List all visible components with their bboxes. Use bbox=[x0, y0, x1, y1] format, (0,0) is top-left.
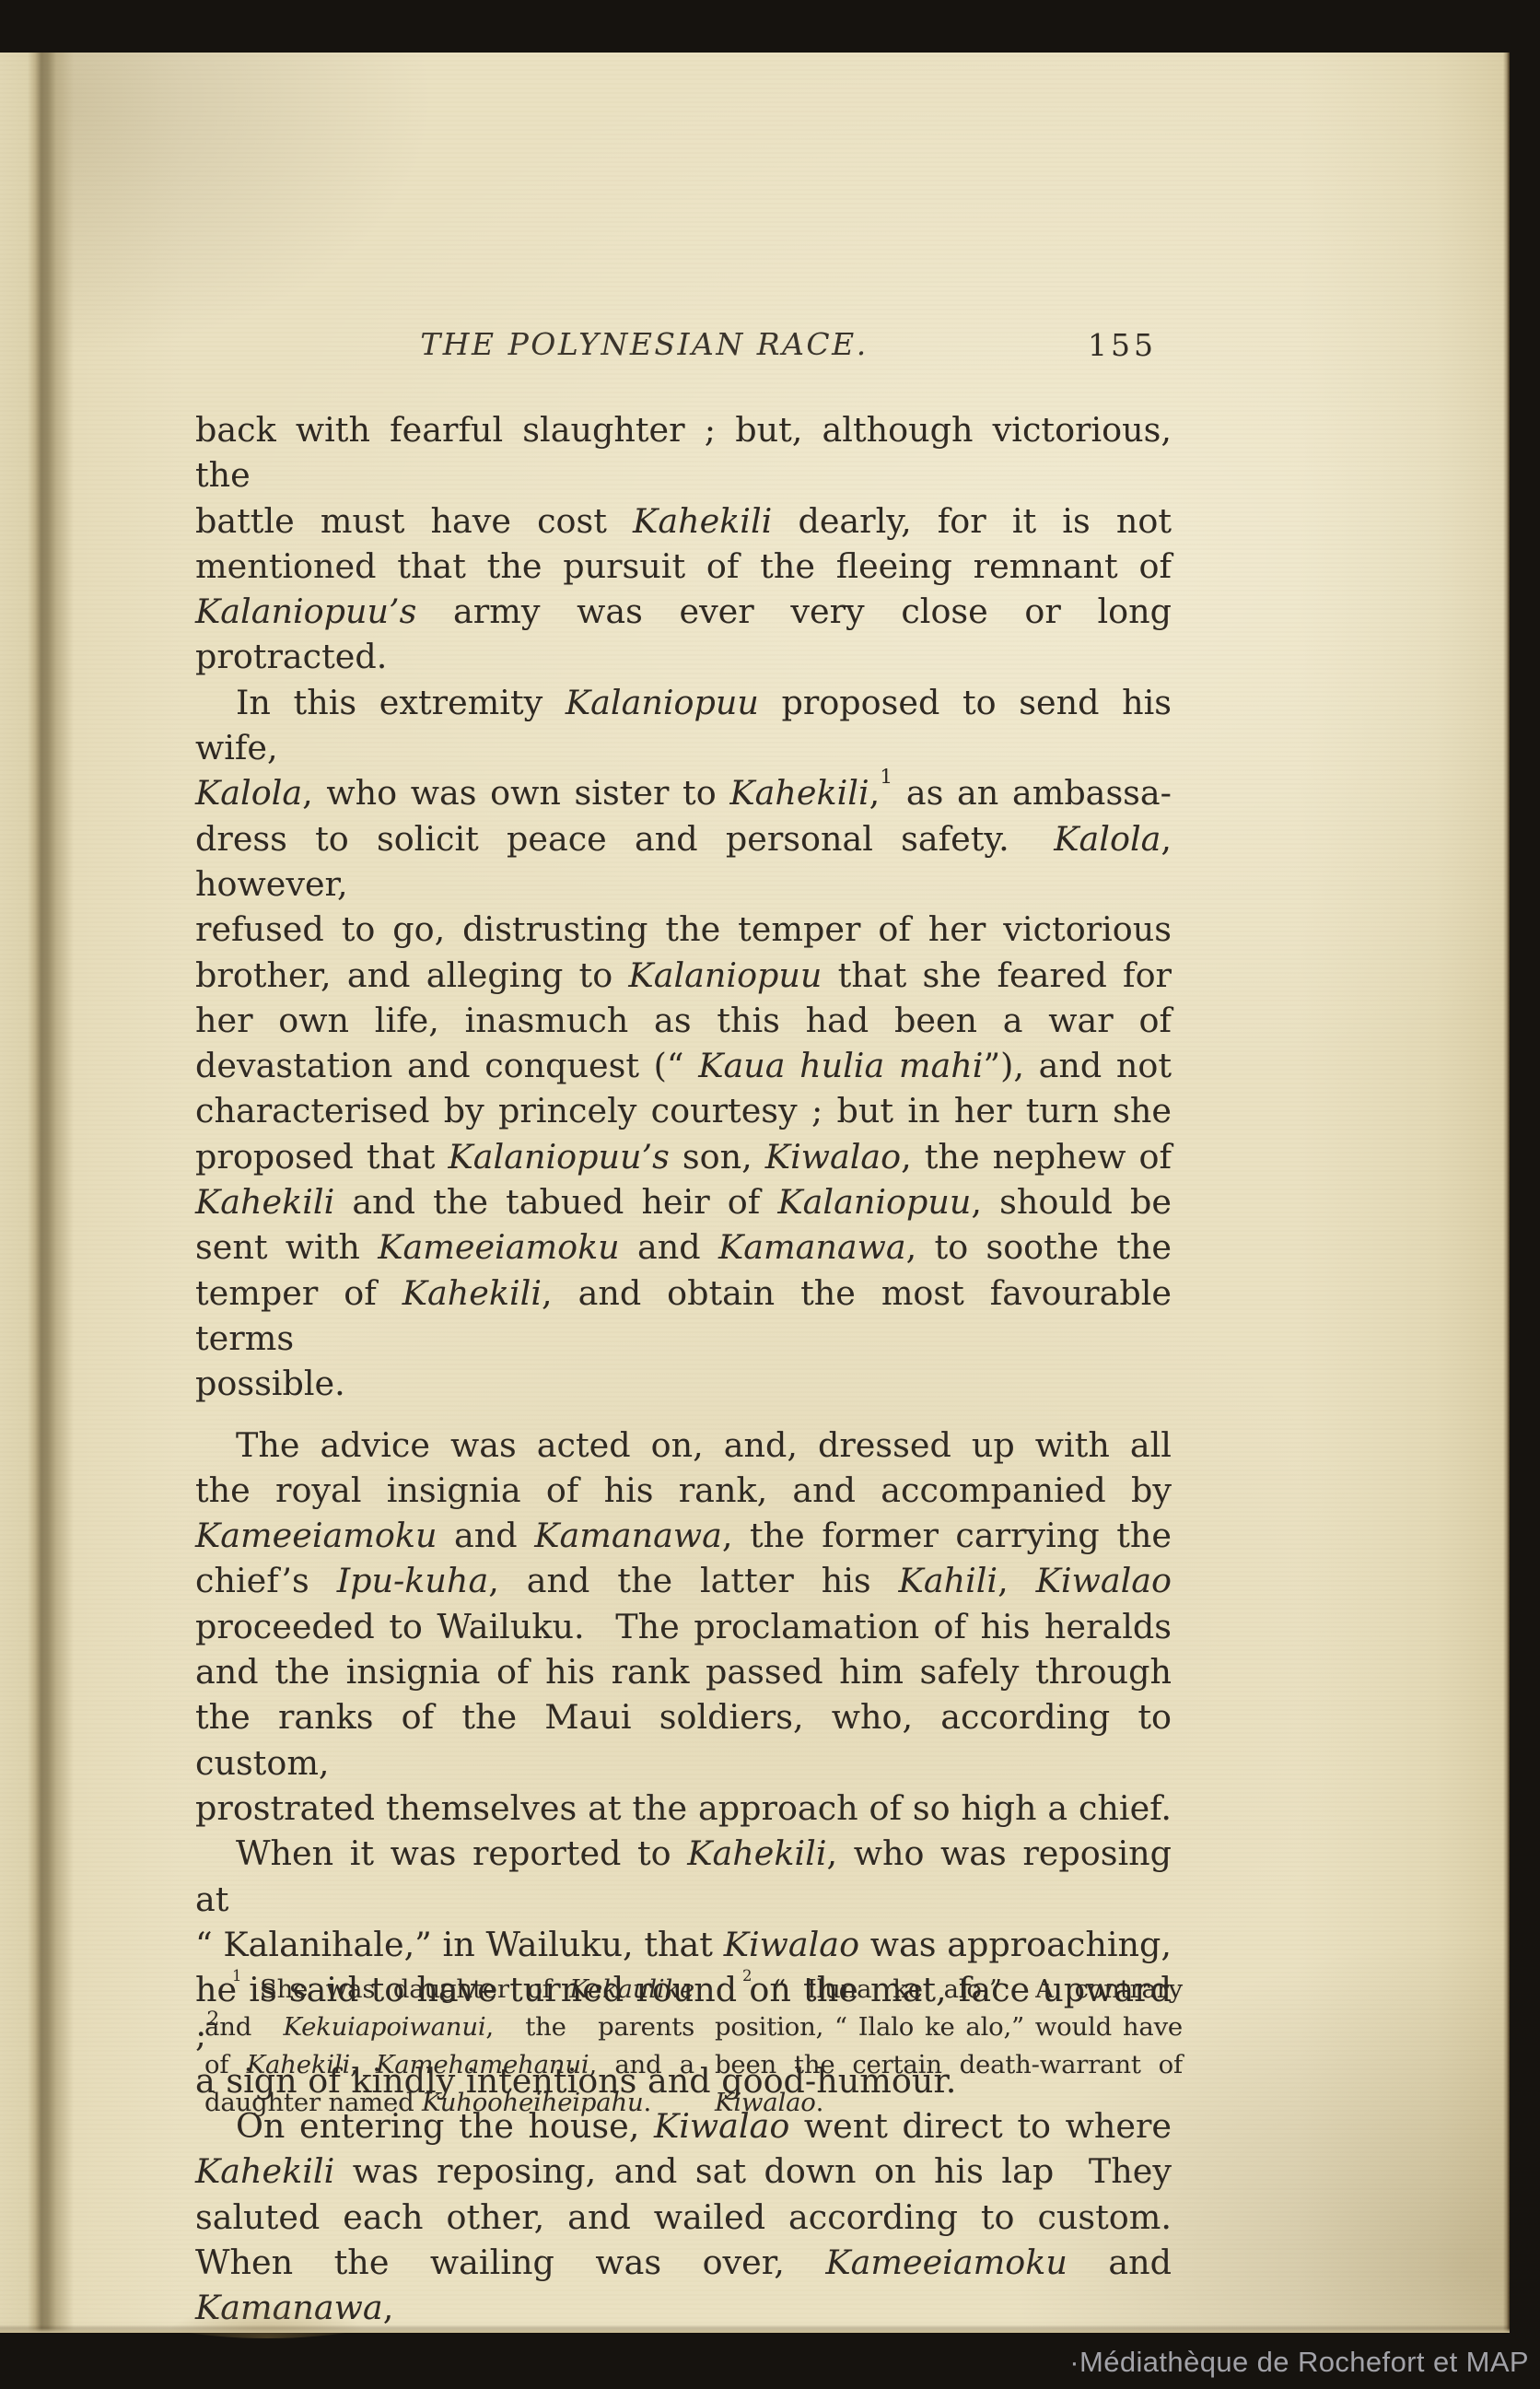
text-line: battle must have cost Kahekili dearly, f… bbox=[195, 498, 1172, 544]
italic-term: Kiwalao bbox=[715, 2088, 816, 2117]
footnote-marker: 1 bbox=[880, 766, 892, 789]
text-run: was reposing, and sat down on his lap Th… bbox=[334, 2151, 1172, 2191]
italic-term: Kekaulike bbox=[569, 1974, 694, 2004]
text-line: mentioned that the pursuit of the fleein… bbox=[195, 544, 1172, 589]
italic-term: Ipu-kuha bbox=[337, 1561, 489, 1600]
footnote-marker: 1 bbox=[232, 1967, 241, 1985]
footnotes: 1 She was daughter of Kekaulikeand Kekui… bbox=[204, 1971, 1183, 2122]
italic-term: Kahekili bbox=[195, 1182, 334, 1222]
text-run: saluted each other, and wailed according… bbox=[195, 2197, 1172, 2237]
paragraph: back with fearful slaughter ; but, altho… bbox=[195, 407, 1172, 680]
text-line: characterised by princely courtesy ; but… bbox=[195, 1088, 1172, 1133]
text-line: proceeded to Wailuku. The proclamation o… bbox=[195, 1604, 1172, 1649]
text-line: and Kekuiapoiwanui, the parents bbox=[204, 2008, 694, 2046]
italic-term: Kalaniopuu bbox=[777, 1182, 971, 1222]
text-run: characterised by princely courtesy ; but… bbox=[195, 1091, 1172, 1130]
text-run: brother, and alleging to bbox=[195, 955, 628, 995]
text-line: 2 “ Iluna ke alo.” A contrary bbox=[715, 1971, 1183, 2008]
text-run: dearly, for it is not bbox=[772, 501, 1172, 541]
text-run: “ Iluna ke alo.” A contrary bbox=[752, 1974, 1183, 2004]
text-run: devastation and conquest (“ bbox=[195, 1046, 698, 1085]
text-line: In this extremity Kalaniopuu proposed to… bbox=[195, 680, 1172, 771]
text-run: son, bbox=[670, 1137, 765, 1177]
text-run: been the certain death-warrant of bbox=[715, 2050, 1183, 2079]
text-line: “ Kalanihale,” in Wailuku, that Kiwalao … bbox=[195, 1922, 1172, 1967]
text-run: , the former carrying the bbox=[722, 1516, 1172, 1555]
text-run: chief’s bbox=[195, 1561, 337, 1600]
page-gutter-shadow bbox=[0, 53, 76, 2333]
text-line: prostrated themselves at the approach of… bbox=[195, 1786, 1172, 1831]
text-run: “ Kalanihale,” in Wailuku, that bbox=[195, 1925, 724, 1964]
watermark: ·Médiathèque de Rochefort et MAP bbox=[1069, 2346, 1529, 2379]
text-line: devastation and conquest (“ Kaua hulia m… bbox=[195, 1043, 1172, 1088]
text-run: proceeded to Wailuku. The proclamation o… bbox=[195, 1607, 1172, 1646]
italic-term: Kahekili bbox=[687, 1833, 826, 1873]
text-run: , bbox=[869, 773, 881, 813]
text-run: , to soothe the bbox=[906, 1227, 1172, 1267]
italic-term: Kahekili bbox=[247, 2050, 350, 2079]
text-line: temper of Kahekili, and obtain the most … bbox=[195, 1271, 1172, 1362]
text-run: She was daughter of bbox=[241, 1974, 569, 2004]
text-line: the royal insignia of his rank, and acco… bbox=[195, 1468, 1172, 1513]
text-line: Kiwalao. bbox=[715, 2084, 1183, 2122]
text-run: of bbox=[204, 2050, 247, 2079]
text-run: The advice was acted on, and, dressed up… bbox=[236, 1425, 1172, 1465]
text-line: Kahekili was reposing, and sat down on h… bbox=[195, 2149, 1172, 2194]
text-line: possible. bbox=[195, 1361, 1172, 1406]
italic-term: Kamanawa bbox=[534, 1516, 722, 1555]
italic-term: Kameeiamoku bbox=[825, 2243, 1067, 2282]
text-run: the royal insignia of his rank, and acco… bbox=[195, 1470, 1172, 1510]
italic-term: Kalaniopuu’s bbox=[195, 591, 416, 631]
text-line: Kalola, who was own sister to Kahekili,1… bbox=[195, 770, 1172, 815]
italic-term: Kiwalao bbox=[724, 1925, 859, 1964]
italic-term: Kameeiamoku bbox=[378, 1227, 620, 1267]
text-line: saluted each other, and wailed according… bbox=[195, 2195, 1172, 2240]
text-run: , the parents bbox=[485, 2012, 694, 2042]
italic-term: Kahekili bbox=[633, 501, 772, 541]
italic-term: Kuhooheiheipahu bbox=[422, 2088, 643, 2117]
text-run: and the insignia of his rank passed him … bbox=[195, 1652, 1172, 1692]
text-run: and the tabued heir of bbox=[334, 1182, 777, 1222]
text-run: and bbox=[437, 1516, 535, 1555]
text-run: was approaching, bbox=[859, 1925, 1172, 1964]
text-line: When it was reported to Kahekili, who wa… bbox=[195, 1831, 1172, 1922]
text-line: and the insignia of his rank passed him … bbox=[195, 1649, 1172, 1694]
text-run: position, “ Ilalo ke alo,” would have bbox=[715, 2012, 1183, 2042]
text-run: the ranks of the Maui soldiers, who, acc… bbox=[195, 1697, 1172, 1782]
text-line: been the certain death-warrant of bbox=[715, 2046, 1183, 2084]
page: THE POLYNESIAN RACE. 155 back with fearf… bbox=[0, 53, 1510, 2333]
italic-term: Kahekili bbox=[402, 1273, 542, 1313]
text-run: mentioned that the pursuit of the fleein… bbox=[195, 546, 1172, 586]
text-run: , and a bbox=[589, 2050, 694, 2079]
running-title: THE POLYNESIAN RACE. bbox=[195, 326, 1093, 362]
text-run: refused to go, distrusting the temper of… bbox=[195, 909, 1172, 949]
text-line: Kameeiamoku and Kamanawa, the former car… bbox=[195, 1513, 1172, 1558]
text-run: . bbox=[644, 2088, 652, 2117]
text-line: her own life, inasmuch as this had been … bbox=[195, 998, 1172, 1043]
text-run: , bbox=[997, 1561, 1036, 1600]
text-run: back with fearful slaughter ; but, altho… bbox=[195, 410, 1172, 495]
text-run: , the nephew of bbox=[901, 1137, 1172, 1177]
italic-term: Kalaniopuu’s bbox=[449, 1137, 670, 1177]
text-run: that she feared for bbox=[822, 955, 1172, 995]
text-run: . bbox=[816, 2088, 824, 2117]
text-line: chief’s Ipu-kuha, and the latter his Kah… bbox=[195, 1558, 1172, 1603]
text-line: position, “ Ilalo ke alo,” would have bbox=[715, 2008, 1183, 2046]
text-line: daughter named Kuhooheiheipahu. bbox=[204, 2084, 694, 2122]
text-run: proposed that bbox=[195, 1137, 449, 1177]
text-run: , bbox=[350, 2050, 376, 2079]
text-run: , and the latter his bbox=[488, 1561, 898, 1600]
text-run: possible. bbox=[195, 1364, 345, 1403]
text-run: When it was reported to bbox=[236, 1833, 687, 1873]
text-run: ”), and not bbox=[983, 1046, 1172, 1085]
italic-term: Kameeiamoku bbox=[195, 1516, 437, 1555]
italic-term: Kalaniopuu bbox=[566, 683, 759, 722]
text-run: and bbox=[204, 2012, 283, 2042]
italic-term: Kahekili bbox=[729, 773, 869, 813]
text-run: In this extremity bbox=[236, 683, 566, 722]
text-line: brother, and alleging to Kalaniopuu that… bbox=[195, 953, 1172, 998]
text-line: the ranks of the Maui soldiers, who, acc… bbox=[195, 1694, 1172, 1786]
text-line: of Kahekili, Kamehamehanui, and a bbox=[204, 2046, 694, 2084]
italic-term: Kahekili bbox=[195, 2151, 334, 2191]
text-line: refused to go, distrusting the temper of… bbox=[195, 907, 1172, 952]
text-run: as an ambassa- bbox=[892, 773, 1172, 813]
text-run: and bbox=[620, 1227, 718, 1267]
page-stain bbox=[138, 2285, 396, 2338]
footnote-2: 2 “ Iluna ke alo.” A contraryposition, “… bbox=[715, 1971, 1183, 2122]
italic-term: Kiwalao bbox=[1036, 1561, 1172, 1600]
paragraph: The advice was acted on, and, dressed up… bbox=[195, 1423, 1172, 1832]
text-run: her own life, inasmuch as this had been … bbox=[195, 1001, 1172, 1040]
text-run: prostrated themselves at the approach of… bbox=[195, 1788, 1172, 1828]
text-run: , who was own sister to bbox=[302, 773, 729, 813]
text-line: 1 She was daughter of Kekaulike bbox=[204, 1971, 694, 2008]
italic-term: Kalola bbox=[195, 773, 302, 813]
text-line: Kalaniopuu’s army was ever very close or… bbox=[195, 589, 1172, 680]
italic-term: Kalola bbox=[1054, 819, 1161, 859]
footnote-1: 1 She was daughter of Kekaulikeand Kekui… bbox=[204, 1971, 694, 2122]
page-number: 155 bbox=[1088, 327, 1157, 363]
italic-term: Kiwalao bbox=[765, 1137, 901, 1177]
italic-term: Kekuiapoiwanui bbox=[283, 2012, 485, 2042]
page-header: THE POLYNESIAN RACE. 155 bbox=[195, 326, 1172, 370]
text-run: sent with bbox=[195, 1227, 378, 1267]
text-run: and bbox=[1067, 2243, 1172, 2282]
text-line: The advice was acted on, and, dressed up… bbox=[195, 1423, 1172, 1468]
paragraph: In this extremity Kalaniopuu proposed to… bbox=[195, 680, 1172, 1407]
text-line: dress to solicit peace and personal safe… bbox=[195, 816, 1172, 908]
text-line: Kahekili and the tabued heir of Kalaniop… bbox=[195, 1179, 1172, 1224]
italic-term: Kalaniopuu bbox=[628, 955, 822, 995]
italic-term: Kamehamehanui bbox=[376, 2050, 589, 2079]
italic-term: Kamanawa bbox=[718, 1227, 906, 1267]
text-run: When the wailing was over, bbox=[195, 2243, 825, 2282]
italic-term: Kaua hulia mahi bbox=[698, 1046, 983, 1085]
text-run: , should be bbox=[971, 1182, 1172, 1222]
italic-term: Kahili bbox=[899, 1561, 998, 1600]
text-run: battle must have cost bbox=[195, 501, 633, 541]
text-line: back with fearful slaughter ; but, altho… bbox=[195, 407, 1172, 498]
text-run: dress to solicit peace and personal safe… bbox=[195, 819, 1054, 859]
text-line: sent with Kameeiamoku and Kamanawa, to s… bbox=[195, 1224, 1172, 1270]
footnote-marker: 2 bbox=[742, 1967, 752, 1985]
text-run: temper of bbox=[195, 1273, 402, 1313]
text-run: daughter named bbox=[204, 2088, 422, 2117]
scanned-book-page: THE POLYNESIAN RACE. 155 back with fearf… bbox=[0, 0, 1540, 2389]
text-line: proposed that Kalaniopuu’s son, Kiwalao,… bbox=[195, 1134, 1172, 1179]
